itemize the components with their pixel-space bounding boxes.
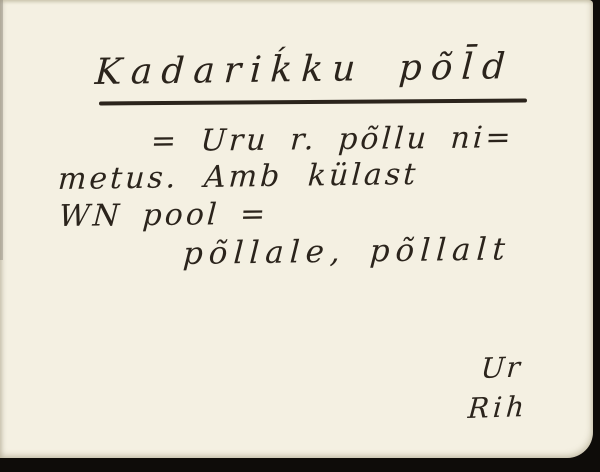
body-line-4: põllale, põllalt: [182, 231, 512, 272]
body-line-3: WN pool =: [58, 197, 269, 234]
title-underline-stroke: [99, 99, 527, 106]
signature-line-2: Rih: [467, 390, 529, 425]
card-title-handwritten: Kadariḱku põl̄d: [94, 46, 515, 93]
card-left-edge-shadow: [0, 0, 3, 260]
body-line-1: = Uru r. põllu ni=: [150, 120, 515, 159]
scan-background: Kadariḱku põl̄d = Uru r. põllu ni= metus…: [0, 0, 600, 472]
signature-line-1: Ur: [480, 351, 523, 386]
body-line-2: metus. Amb külast: [57, 157, 419, 197]
handwritten-index-card: Kadariḱku põl̄d = Uru r. põllu ni= metus…: [0, 0, 593, 458]
